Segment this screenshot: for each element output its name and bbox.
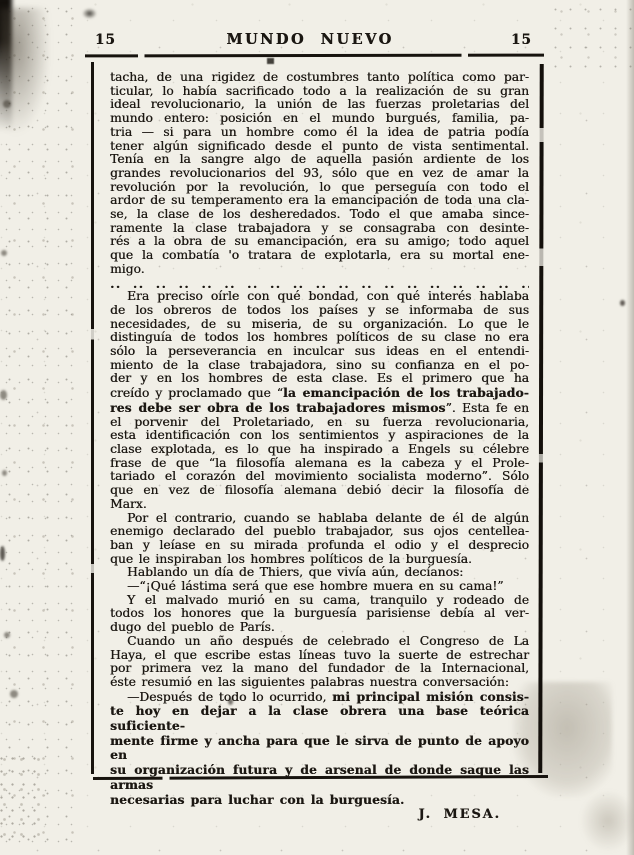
text-line: Era preciso oírle con qué bondad, con qu…: [110, 290, 529, 304]
ink-speck: [267, 58, 274, 64]
text-line: esta identificación con los sentimientos…: [110, 429, 529, 443]
text-line: mundo entero: posición en el mundo burgu…: [110, 112, 529, 126]
text-line: Marx.: [110, 498, 529, 512]
ink-speck: [0, 390, 7, 400]
text-line: distinguía de todos los hombres político…: [110, 331, 529, 345]
ink-speck: [1, 250, 7, 256]
text-line: su organización futura y de arsenal de d…: [110, 763, 529, 792]
frame-right-rule: [538, 64, 543, 773]
page-number-right: 15: [511, 32, 532, 48]
ink-speck: [82, 8, 97, 19]
text-line: clase explotada, es lo que ha inspirado …: [110, 443, 529, 457]
text-line: res debe ser obra de los trabajadores mi…: [110, 401, 529, 416]
text-line: der y en los hombres de esta clase. Es e…: [110, 372, 529, 386]
text-line: ardor de su temperamento era la emancipa…: [110, 194, 529, 208]
ink-speck: [2, 470, 7, 476]
text-line: —“¡Qué lástima será que ese hombre muera…: [110, 580, 529, 594]
text-line: tria — si para un hombre como él la idea…: [110, 126, 529, 140]
text-line: necesarias para luchar con la burguesía.: [110, 793, 529, 808]
right-edge-shadow: [626, 0, 634, 855]
text-line: Hablando un día de Thiers, que vivía aún…: [110, 566, 529, 580]
text-line: de los obreros de todos los países y se …: [110, 304, 529, 318]
author-signature: J. MESA.: [110, 808, 529, 822]
text-line: —Después de todo lo ocurrido, mi princip…: [110, 690, 529, 705]
ink-speck: [3, 100, 11, 108]
text-line: te hoy en dejar a la clase obrera una ba…: [110, 704, 529, 733]
text-line: ban y leíase en su mirada profunda el od…: [110, 539, 529, 553]
text-line: se, la clase de los desheredados. Todo e…: [110, 208, 529, 222]
text-line: enemigo declarado del pueblo trabajador,…: [110, 525, 529, 539]
text-line: Tenía en la sangre algo de aquella pasió…: [110, 153, 529, 167]
text-line: Cuando un año después de celebrado el Co…: [110, 635, 529, 649]
ink-speck: [620, 300, 625, 306]
text-line: miento de la clase trabajadora, sino su …: [110, 359, 529, 373]
text-line: migo.: [110, 263, 529, 277]
bottom-left-speckle: [0, 752, 42, 838]
text-line: tacha, de una rigidez de costumbres tant…: [110, 71, 529, 85]
text-line: que la combatía 'o tratara de explotarla…: [110, 249, 529, 263]
text-line: Por el contrario, cuando se hablaba dela…: [110, 512, 529, 526]
ink-speck: [0, 546, 5, 561]
ink-speck: [4, 632, 10, 638]
text-line: Haya, el que escribe estas líneas tuvo l…: [110, 649, 529, 663]
frame-left-rule: [91, 62, 94, 774]
scanned-page: { "header": { "page_number_left": "15", …: [0, 0, 634, 855]
text-line: sólo la perseverancia en inculcar sus id…: [110, 345, 529, 359]
text-line: mente firme y ancha para que le sirva de…: [110, 734, 529, 763]
text-line: grandes revolucionarios del 93, sólo que…: [110, 167, 529, 181]
text-line: dugo del pueblo de París.: [110, 621, 529, 635]
text-line: por primera vez la mano del fundador de …: [110, 662, 529, 676]
text-line: creído y proclamado que “la emancipación…: [110, 386, 529, 401]
top-left-stain: [0, 8, 52, 138]
text-line: éste resumió en las siguientes palabras …: [110, 676, 529, 690]
ink-speck: [10, 690, 18, 698]
article-body: tacha, de una rigidez de costumbres tant…: [110, 71, 529, 822]
text-line: que en vez de filosofía alemana debió de…: [110, 484, 529, 498]
header-rule: [85, 54, 544, 57]
